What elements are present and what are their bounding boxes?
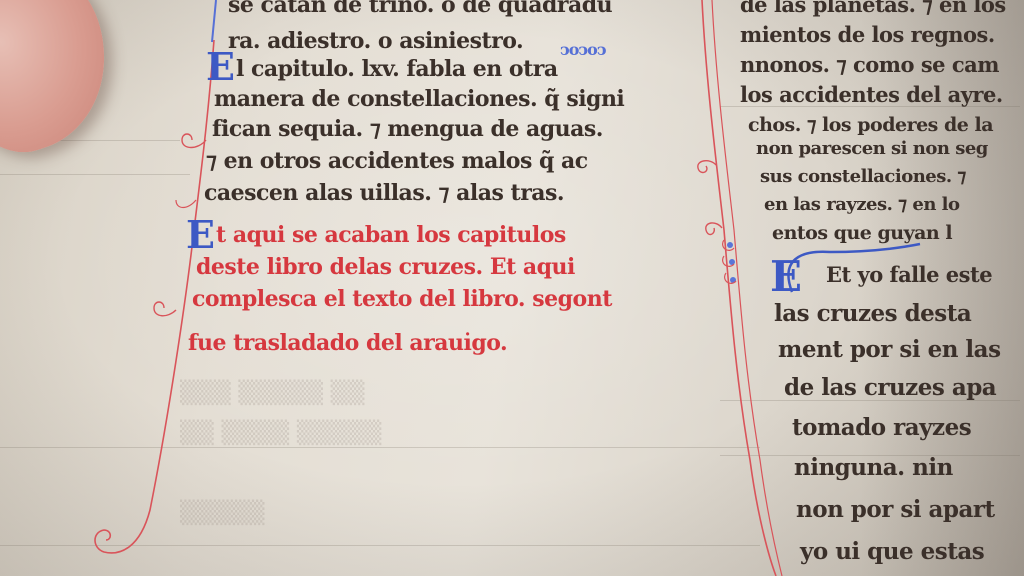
text-line: manera de constellaciones. q̃ signi [214, 86, 624, 112]
rubric-line: complesca el texto del libro. segont [192, 286, 612, 312]
text-line: mientos de los regnos. [740, 22, 995, 47]
text-line: chos. ⁊ los poderes de la [748, 114, 993, 136]
text-line: nnonos. ⁊ como se cam [740, 52, 999, 77]
text-line: en las rayzes. ⁊ en lo [764, 194, 960, 215]
show-through-text: ▒▒ ▒▒▒▒ ▒▒▒▒▒ [180, 420, 381, 446]
rubric-line: deste libro delas cruzes. Et aqui [196, 254, 575, 280]
text-line: ment por si en las [778, 336, 1001, 363]
initial-letter: E [186, 212, 215, 257]
text-line: ninguna. nin [794, 454, 953, 481]
initial-letter: E [206, 44, 235, 89]
text-line: yo ui que estas [800, 538, 984, 565]
text-line: non por si apart [796, 496, 995, 523]
rubric-line: t aqui se acaban los capitulos [216, 222, 566, 248]
text-line: Et yo falle este [826, 262, 992, 287]
text-line: ra. adiestro. o asiniestro. [228, 28, 523, 54]
show-through-text: ▒▒▒▒▒ [180, 500, 265, 526]
text-line: se catan de trino. o de quadradu [228, 0, 612, 18]
text-line: caescen alas uillas. ⁊ alas tras. [204, 180, 564, 206]
line-filler-ornament: ↄoↄoↄ [560, 40, 606, 59]
text-line: las cruzes desta [774, 300, 971, 327]
text-line: ⁊ en otros accidentes malos q̃ ac [206, 148, 588, 174]
text-line: de las planetas. ⁊ en los [740, 0, 1006, 17]
text-line: l capitulo. lxv. fabla en otra [236, 56, 558, 82]
text-line: sus constellaciones. ⁊ [760, 166, 966, 187]
text-line: tomado rayzes [792, 414, 971, 441]
initial-letter: E [770, 252, 802, 301]
show-through-text: ▒▒▒ ▒▒▒▒▒ ▒▒ [180, 380, 365, 406]
text-line: entos que guyan l [772, 222, 952, 244]
rubric-line: fue trasladado del araui̇go. [188, 330, 507, 356]
text-line: los accidentes del ayre. [740, 82, 1003, 107]
text-line: de las cruzes apa [784, 374, 996, 401]
text-line: non parescen si non seg [756, 138, 988, 159]
text-line: fican sequia. ⁊ mengua de aguas. [212, 116, 603, 142]
